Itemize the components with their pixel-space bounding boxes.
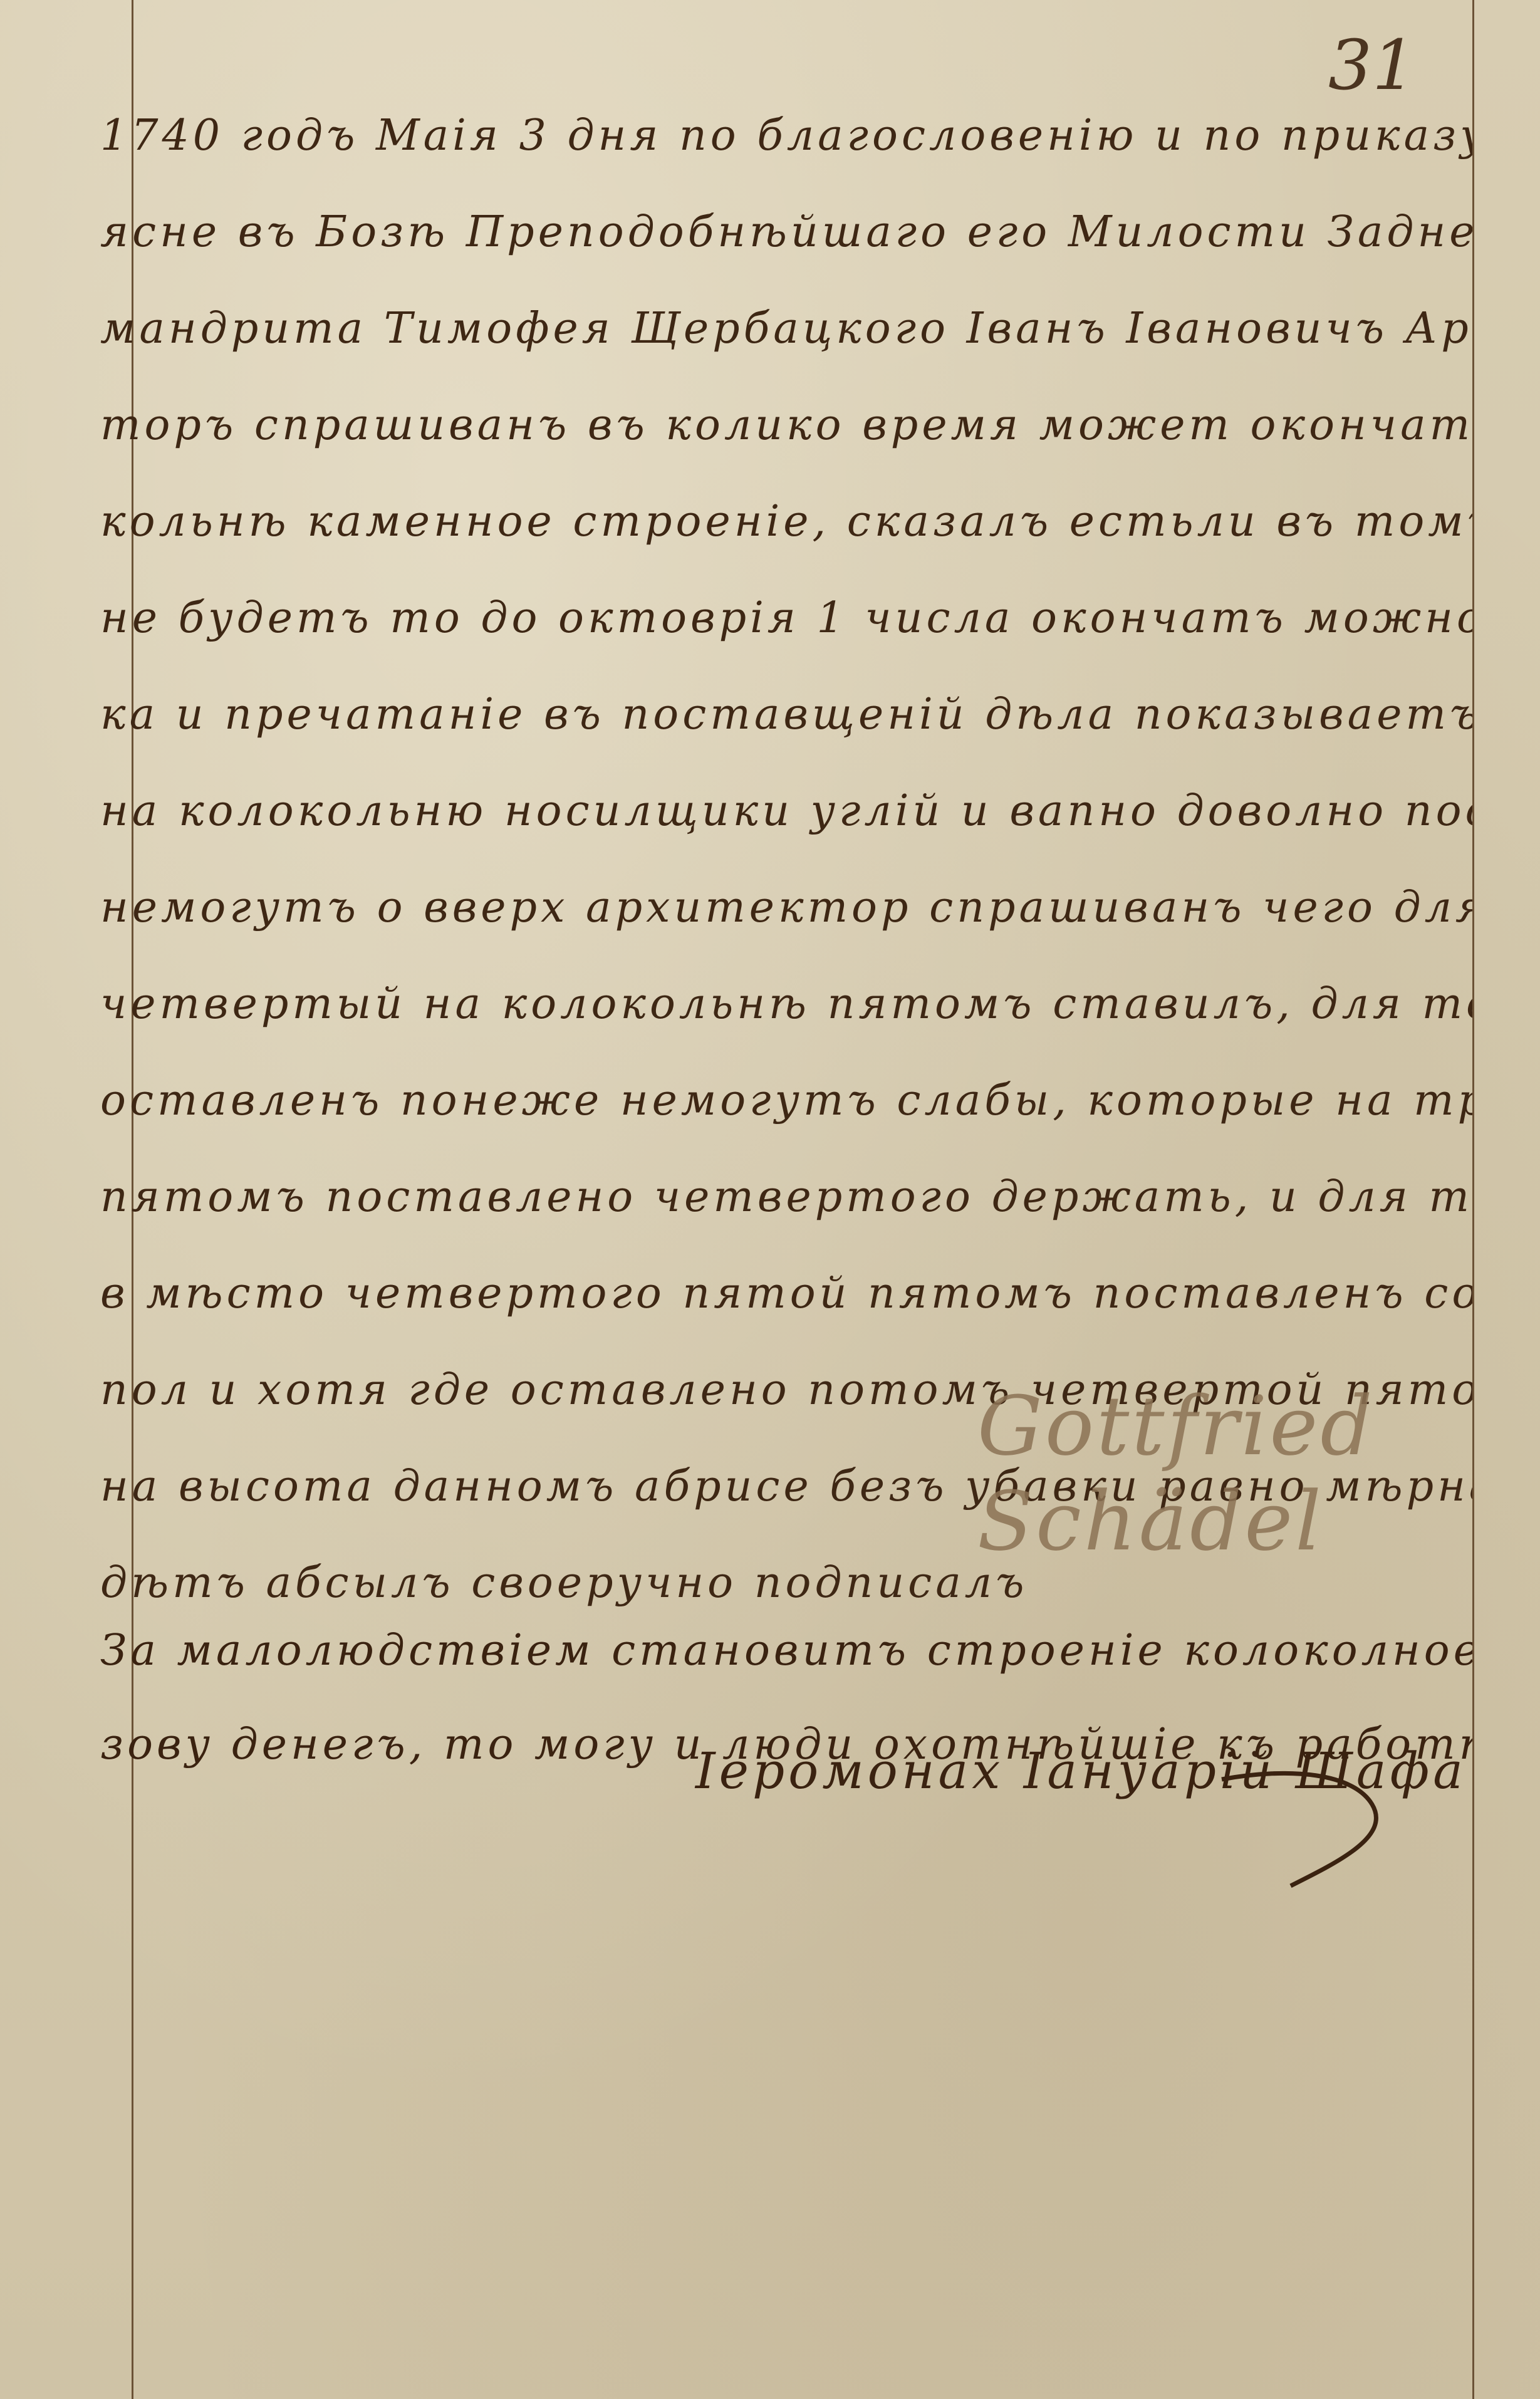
text-line: пятомъ поставлено четвертого держать, и …	[100, 1149, 1472, 1246]
text-line: кольнѣ каменное строеніе, сказалъ естьли…	[100, 474, 1472, 570]
text-line: ка и пречатаніе въ поставщеній дѣла пока…	[100, 667, 1472, 763]
manuscript-page: 31 1740 годъ Маія 3 дня по благословенію…	[0, 0, 1540, 2399]
text-line: в мѣсто четвертого пятой пятомъ поставле…	[100, 1246, 1472, 1342]
text-line: мандрита Тимофея Щербацкого Іванъ Іванов…	[100, 281, 1472, 377]
text-line: на колокольню носилщики углій и вапно до…	[100, 763, 1472, 860]
signature-flourish-icon	[1215, 1754, 1403, 1892]
text-line: четвертый на колокольнѣ пятомъ ставилъ, …	[100, 956, 1472, 1053]
text-line: не будетъ то до октоврія 1 числа окончат…	[100, 570, 1472, 667]
text-line: торъ спрашиванъ въ колико время может ок…	[100, 377, 1472, 474]
text-line: 1740 годъ Маія 3 дня по благословенію и …	[100, 88, 1472, 184]
architect-signature: Gottfried Schädel	[977, 1378, 1540, 1569]
note-line: За малолюдствіем становитъ строеніе коло…	[100, 1604, 1472, 1698]
text-line: оставленъ понеже немогутъ слабы, которые…	[100, 1053, 1472, 1149]
text-line: ясне въ Бозѣ Преподобнѣйшаго его Милости…	[100, 184, 1472, 281]
right-margin-rule	[1472, 0, 1474, 2399]
text-line: немогутъ о вверх архитектор спрашиванъ ч…	[100, 860, 1472, 956]
